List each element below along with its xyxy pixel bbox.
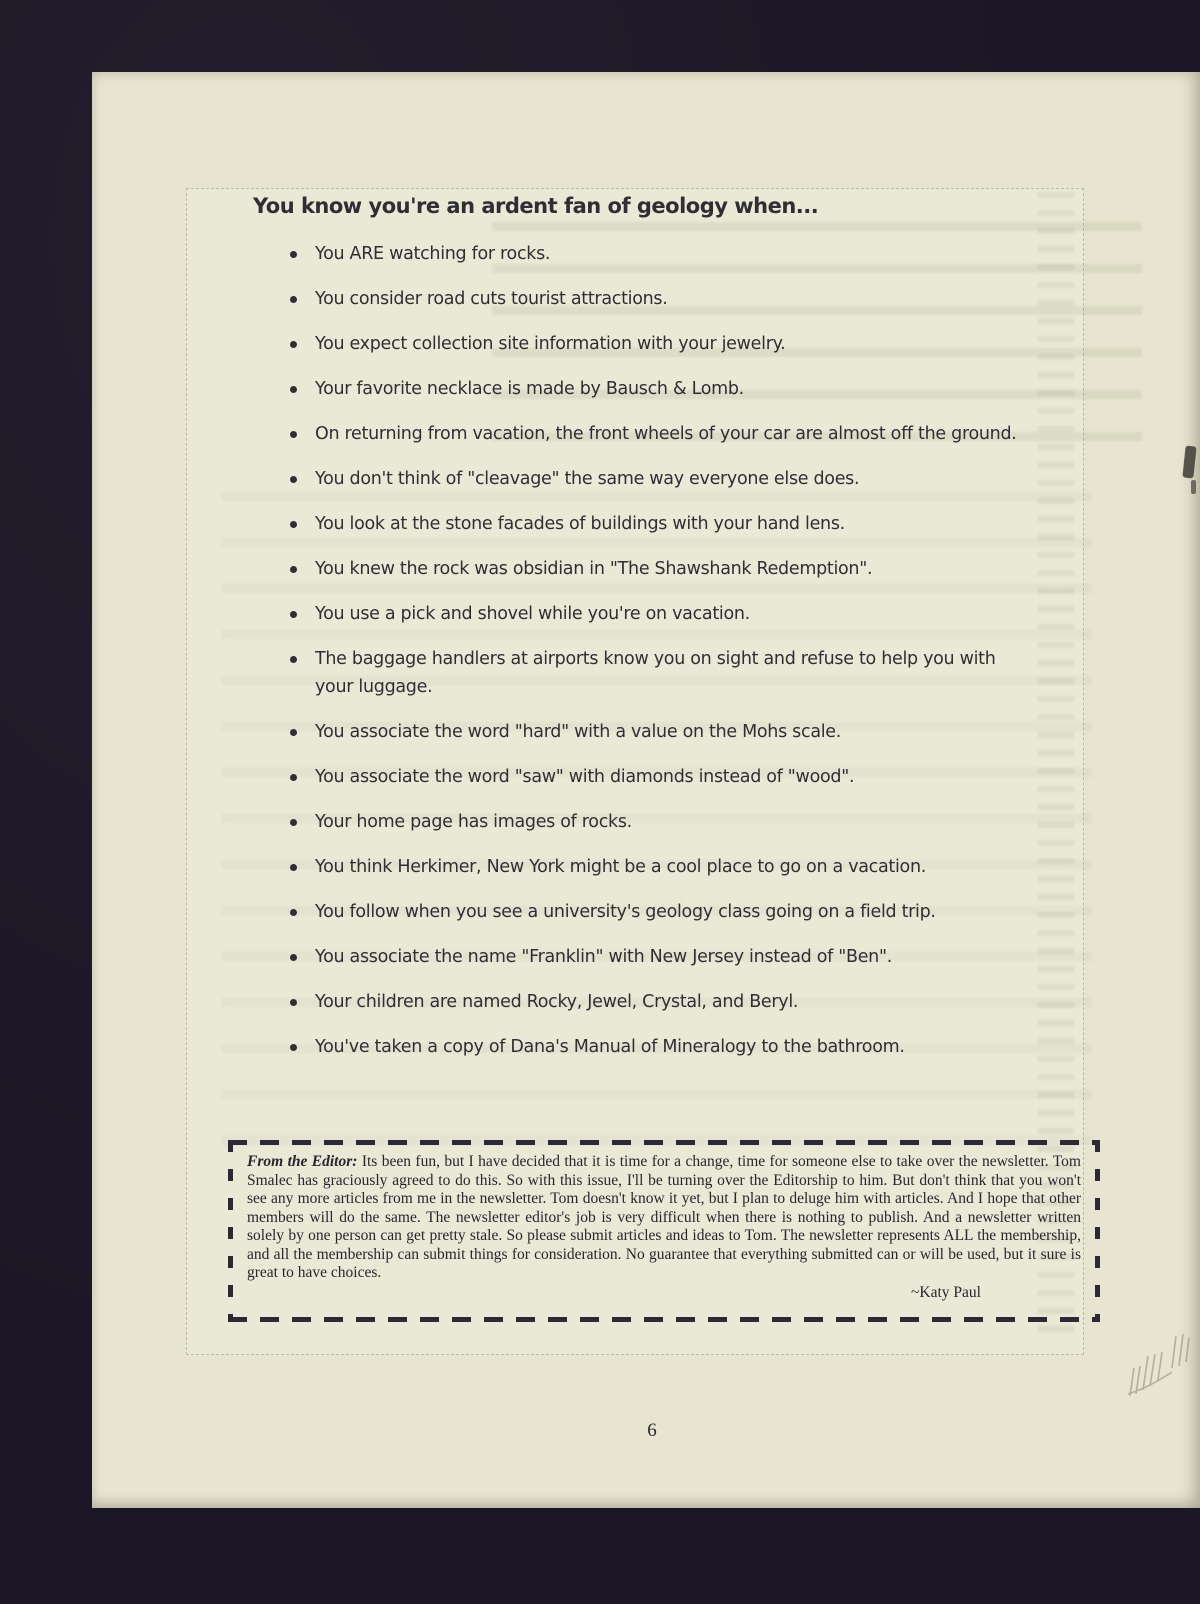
list-item-text: You think Herkimer, New York might be a …: [315, 857, 926, 877]
list-item: You associate the word "hard" with a val…: [288, 718, 1022, 746]
bullet-icon: [290, 566, 297, 573]
list-item-text: You consider road cuts tourist attractio…: [315, 289, 667, 309]
list-item: You associate the name "Franklin" with N…: [288, 943, 1022, 971]
editor-note-content: From the Editor: Its been fun, but I hav…: [233, 1145, 1095, 1317]
list-item-text: The baggage handlers at airports know yo…: [315, 649, 996, 697]
list-item-text: Your favorite necklace is made by Bausch…: [315, 379, 744, 399]
editor-note-paragraph: From the Editor: Its been fun, but I hav…: [247, 1153, 1081, 1283]
bullet-icon: [290, 954, 297, 961]
list-item: You associate the word "saw" with diamon…: [288, 763, 1022, 791]
list-item: You use a pick and shovel while you're o…: [288, 600, 1022, 628]
bullet-icon: [290, 656, 297, 663]
bullet-icon: [290, 819, 297, 826]
list-item-text: You expect collection site information w…: [315, 334, 785, 354]
list-item-text: You don't think of "cleavage" the same w…: [315, 469, 859, 489]
list-item-text: You use a pick and shovel while you're o…: [315, 604, 750, 624]
list-item: You don't think of "cleavage" the same w…: [288, 465, 1022, 493]
page-title: You know you're an ardent fan of geology…: [253, 194, 818, 218]
page-number: 6: [632, 1420, 672, 1442]
list-item: You expect collection site information w…: [288, 330, 1022, 358]
bullet-icon: [290, 864, 297, 871]
dashed-border-right: [1095, 1140, 1100, 1322]
list-item-text: You look at the stone facades of buildin…: [315, 514, 845, 534]
bullet-icon: [290, 611, 297, 618]
edge-ink-mark: [1182, 446, 1196, 479]
list-item-text: You associate the word "hard" with a val…: [315, 722, 841, 742]
list-item-text: On returning from vacation, the front wh…: [315, 424, 1017, 444]
list-item: You follow when you see a university's g…: [288, 898, 1022, 926]
list-item-text: You ARE watching for rocks.: [315, 244, 550, 264]
list-item-text: You've taken a copy of Dana's Manual of …: [315, 1037, 905, 1057]
editor-note-label: From the Editor:: [247, 1153, 357, 1170]
list-item: You've taken a copy of Dana's Manual of …: [288, 1033, 1022, 1061]
list-item-text: You follow when you see a university's g…: [315, 902, 936, 922]
list-item: On returning from vacation, the front wh…: [288, 420, 1022, 448]
list-item: You think Herkimer, New York might be a …: [288, 853, 1022, 881]
bullet-icon: [290, 476, 297, 483]
list-item-text: You associate the name "Franklin" with N…: [315, 947, 892, 967]
list-item: You knew the rock was obsidian in "The S…: [288, 555, 1022, 583]
list-item: You consider road cuts tourist attractio…: [288, 285, 1022, 313]
bullet-icon: [290, 431, 297, 438]
list-item: You ARE watching for rocks.: [288, 240, 1022, 268]
bullet-icon: [290, 999, 297, 1006]
list-item: Your children are named Rocky, Jewel, Cr…: [288, 988, 1022, 1016]
list-item-text: You associate the word "saw" with diamon…: [315, 767, 854, 787]
bullet-icon: [290, 521, 297, 528]
bullet-icon: [290, 296, 297, 303]
list-item: Your favorite necklace is made by Bausch…: [288, 375, 1022, 403]
editor-note-body: Its been fun, but I have decided that it…: [247, 1153, 1081, 1281]
list-item: The baggage handlers at airports know yo…: [288, 645, 1022, 701]
list-item: You look at the stone facades of buildin…: [288, 510, 1022, 538]
scanned-page-backdrop: { "document": { "title": "You know you'r…: [0, 0, 1200, 1604]
bullet-icon: [290, 909, 297, 916]
edge-ink-mark: [1191, 480, 1196, 494]
pencil-scribble: [1088, 1328, 1198, 1408]
list-item-text: You knew the rock was obsidian in "The S…: [315, 559, 872, 579]
scanned-paper-page: You know you're an ardent fan of geology…: [92, 72, 1200, 1508]
editor-signature: ~Katy Paul: [247, 1284, 1081, 1303]
editor-note-box: From the Editor: Its been fun, but I hav…: [228, 1140, 1100, 1322]
bullet-icon: [290, 341, 297, 348]
geology-fan-list: You ARE watching for rocks. You consider…: [288, 240, 1022, 1078]
bullet-icon: [290, 1044, 297, 1051]
bullet-icon: [290, 729, 297, 736]
bullet-icon: [290, 251, 297, 258]
bullet-icon: [290, 774, 297, 781]
list-item: Your home page has images of rocks.: [288, 808, 1022, 836]
list-item-text: Your home page has images of rocks.: [315, 812, 632, 832]
dashed-border-bottom: [228, 1317, 1100, 1322]
list-item-text: Your children are named Rocky, Jewel, Cr…: [315, 992, 798, 1012]
bullet-icon: [290, 386, 297, 393]
